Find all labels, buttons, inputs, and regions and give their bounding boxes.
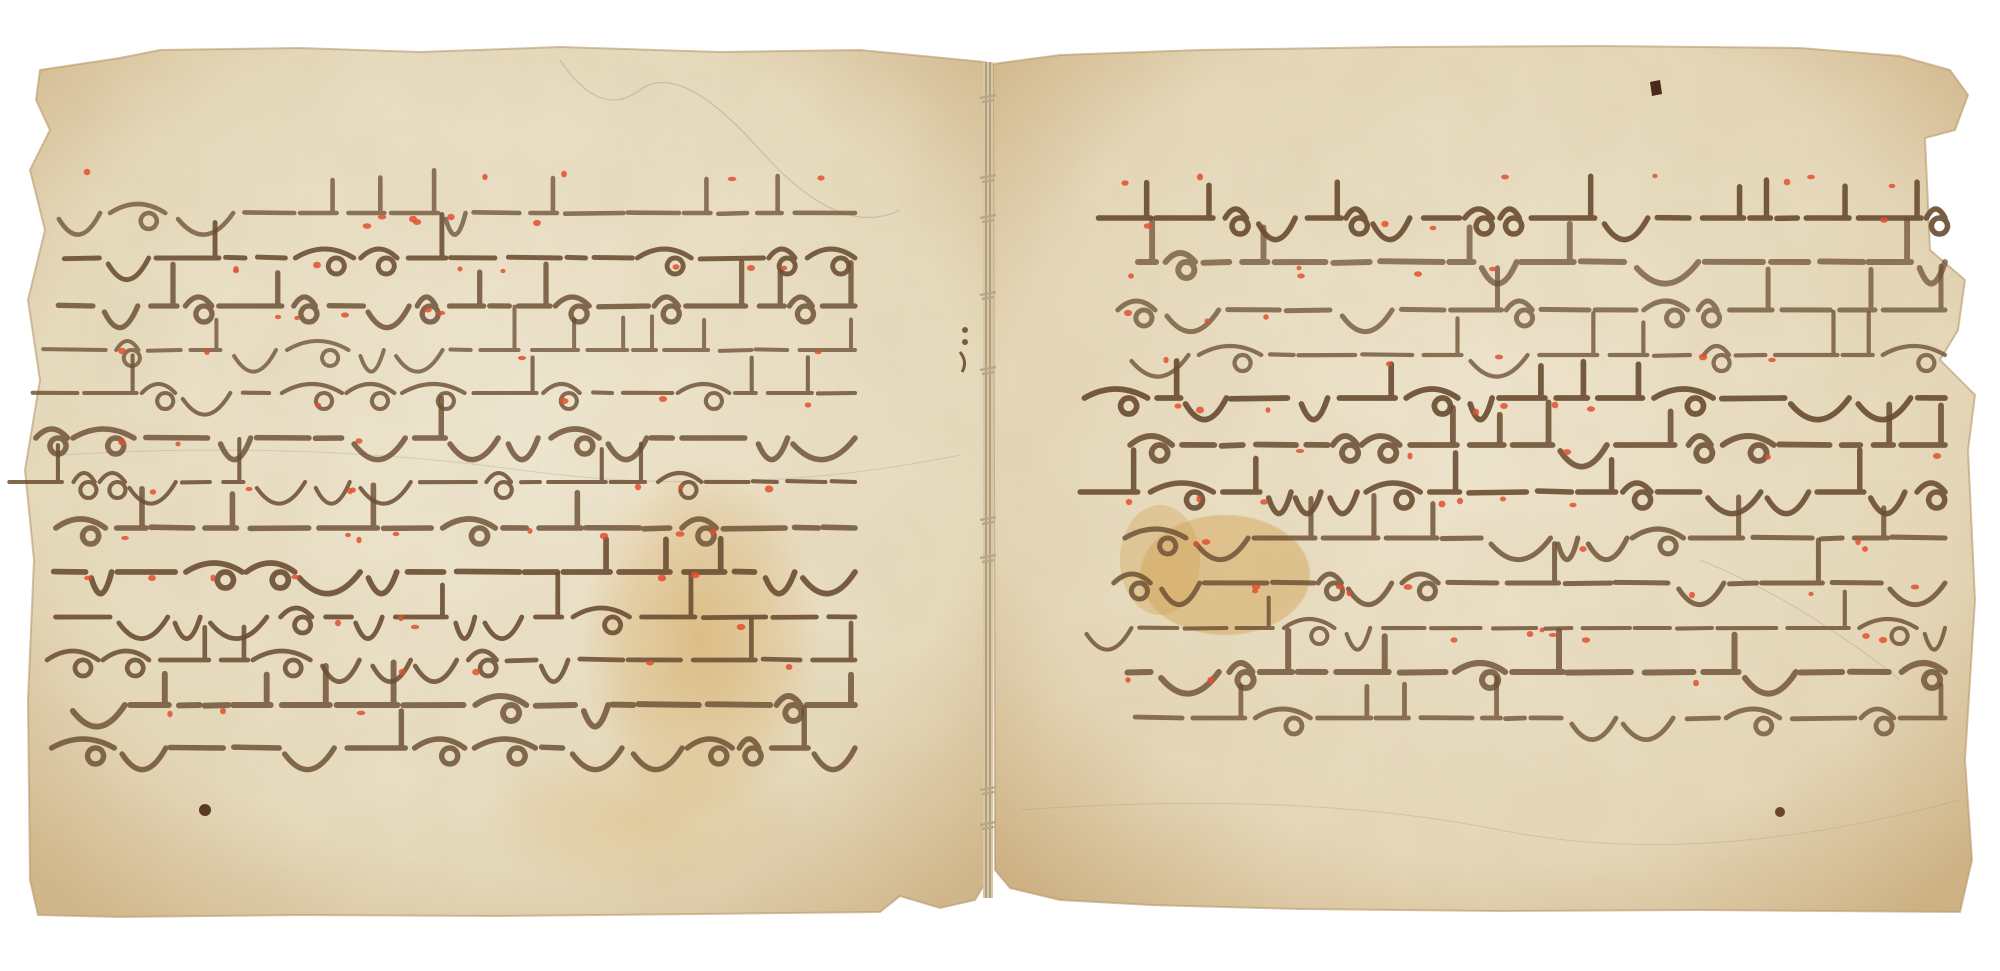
vowel-dot [363,223,372,229]
vowel-dot [814,350,821,355]
vowel-dot [1587,406,1595,411]
vowel-dot [1889,184,1896,188]
vowel-dot [1346,590,1351,596]
vowel-dot [1579,546,1586,552]
vowel-dot [148,575,156,581]
vowel-dot [710,529,716,535]
vowel-dot [335,620,341,626]
vowel-dot [1204,319,1209,324]
vowel-dot [1121,180,1128,186]
vowel-dot [294,316,299,320]
vowel-dot [313,262,321,269]
vowel-dot [345,533,351,537]
vowel-dot [1808,592,1813,596]
vowel-dot [1495,355,1503,360]
vowel-dot [1414,271,1422,276]
vowel-dot [1911,585,1919,590]
vowel-dot [1879,637,1887,643]
vowel-dot [1297,274,1305,279]
vowel-dot [1193,541,1199,547]
left-page [9,47,987,917]
vowel-dot [1196,407,1204,414]
vowel-dot [1407,453,1412,460]
vowel-dot [356,438,363,443]
vowel-dot [1807,175,1815,180]
vowel-dot [341,312,349,317]
vowel-dot [175,442,180,447]
vowel-dot [356,537,361,544]
right-page [993,46,1975,912]
vowel-dot [1457,498,1463,504]
vowel-dot [457,267,462,272]
vowel-dot [1430,226,1437,231]
vowel-dot [246,487,253,491]
manuscript-bifolium [0,0,2000,971]
vowel-dot [635,484,641,490]
vowel-dot [1196,496,1201,503]
vowel-dot [765,486,774,493]
vowel-dot [561,171,567,178]
vowel-dot [678,485,684,489]
vowel-dot [500,269,505,273]
vowel-dot [1765,454,1771,459]
vowel-dot [398,615,403,621]
vowel-dot [84,576,92,581]
vowel-dot [472,669,480,676]
vowel-dot [527,528,532,534]
vowel-dot [1381,221,1388,227]
vowel-dot [1126,499,1132,505]
vowel-dot [659,396,667,402]
vowel-dot [1880,217,1888,223]
vowel-dot [805,402,812,407]
vowel-dot [817,175,824,180]
vowel-dot [1263,314,1269,320]
vowel-dot [673,264,680,269]
vowel-dot [482,174,487,180]
vowel-dot [646,661,654,666]
vowel-dot [121,536,129,540]
vowel-dot [84,169,91,175]
vowel-dot [1689,592,1695,598]
vowel-dot [1563,449,1571,455]
vowel-dot [560,398,569,404]
vowel-dot [1699,354,1707,361]
vowel-dot [291,575,299,580]
vowel-dot [1552,402,1559,409]
vowel-dot [1252,584,1260,589]
vowel-dot [1862,546,1868,552]
vowel-dot [658,575,666,582]
vowel-dot [437,311,446,315]
ink-blot [1650,80,1662,96]
vowel-dot [150,489,156,494]
vowel-dot [1124,310,1132,316]
vowel-dot [350,487,356,492]
vowel-dot [518,356,526,360]
vowel-dot [378,215,386,220]
vowel-dot [1862,633,1869,639]
vowel-dot [1501,175,1509,180]
vowel-dot [781,266,787,271]
vowel-dot [1855,539,1860,545]
vowel-dot [1500,403,1508,409]
vowel-dot [1527,631,1534,637]
vowel-dot [1404,584,1413,590]
vowel-dot [691,572,700,579]
vowel-dot [1473,409,1479,416]
vowel-dot [357,711,366,715]
vowel-dot [1163,357,1168,363]
vowel-dot [315,403,321,408]
vowel-dot [1540,628,1545,633]
vowel-dot [1693,680,1699,687]
vowel-dot [1197,174,1203,181]
vowel-dot [1569,503,1576,508]
vowel-dot [1144,223,1153,229]
vowel-dot [413,219,421,225]
vowel-dot [275,315,281,319]
vowel-dot [728,177,737,181]
vowel-dot [1489,267,1497,271]
vowel-dot [204,349,210,355]
vowel-dot [1933,453,1941,459]
vowel-dot [399,669,406,675]
vowel-dot [393,532,400,536]
vowel-dot [1386,362,1392,367]
vowel-dot [1207,677,1214,684]
manuscript-photo: Two facing leaves of a Kufic manuscript … [0,0,2000,971]
vowel-dot [1260,499,1268,504]
vowel-dot [447,214,454,220]
vowel-dot [1175,403,1182,408]
vowel-dot [1266,407,1271,412]
vowel-dot [118,439,125,446]
vowel-dot [1125,677,1131,682]
vowel-dot [233,266,238,272]
vowel-dot [1128,273,1134,278]
vowel-dot [1784,179,1791,186]
vowel-dot [1451,637,1458,642]
vowel-dot [167,711,172,717]
vowel-dot [676,531,685,537]
vowel-dot [1202,539,1210,545]
vowel-dot [210,575,215,582]
vowel-dot [1652,174,1658,178]
vowel-dot [600,533,609,539]
vowel-dot [220,708,226,715]
vowel-dot [1297,266,1302,271]
vowel-dot [1439,501,1446,508]
vowel-dot [1582,637,1590,643]
vowel-dot [786,664,793,670]
vowel-dot [747,265,755,271]
vowel-dot [1336,585,1344,590]
vowel-dot [1500,497,1506,502]
vowel-dot [1296,449,1305,453]
ink-spot [199,804,211,816]
vowel-dot [118,348,126,354]
vowel-dot [424,308,431,313]
vowel-dot [411,625,419,630]
vowel-dot [1549,633,1557,637]
vowel-dot [1768,358,1776,362]
vowel-dot [737,624,746,630]
vowel-dot [533,220,541,226]
